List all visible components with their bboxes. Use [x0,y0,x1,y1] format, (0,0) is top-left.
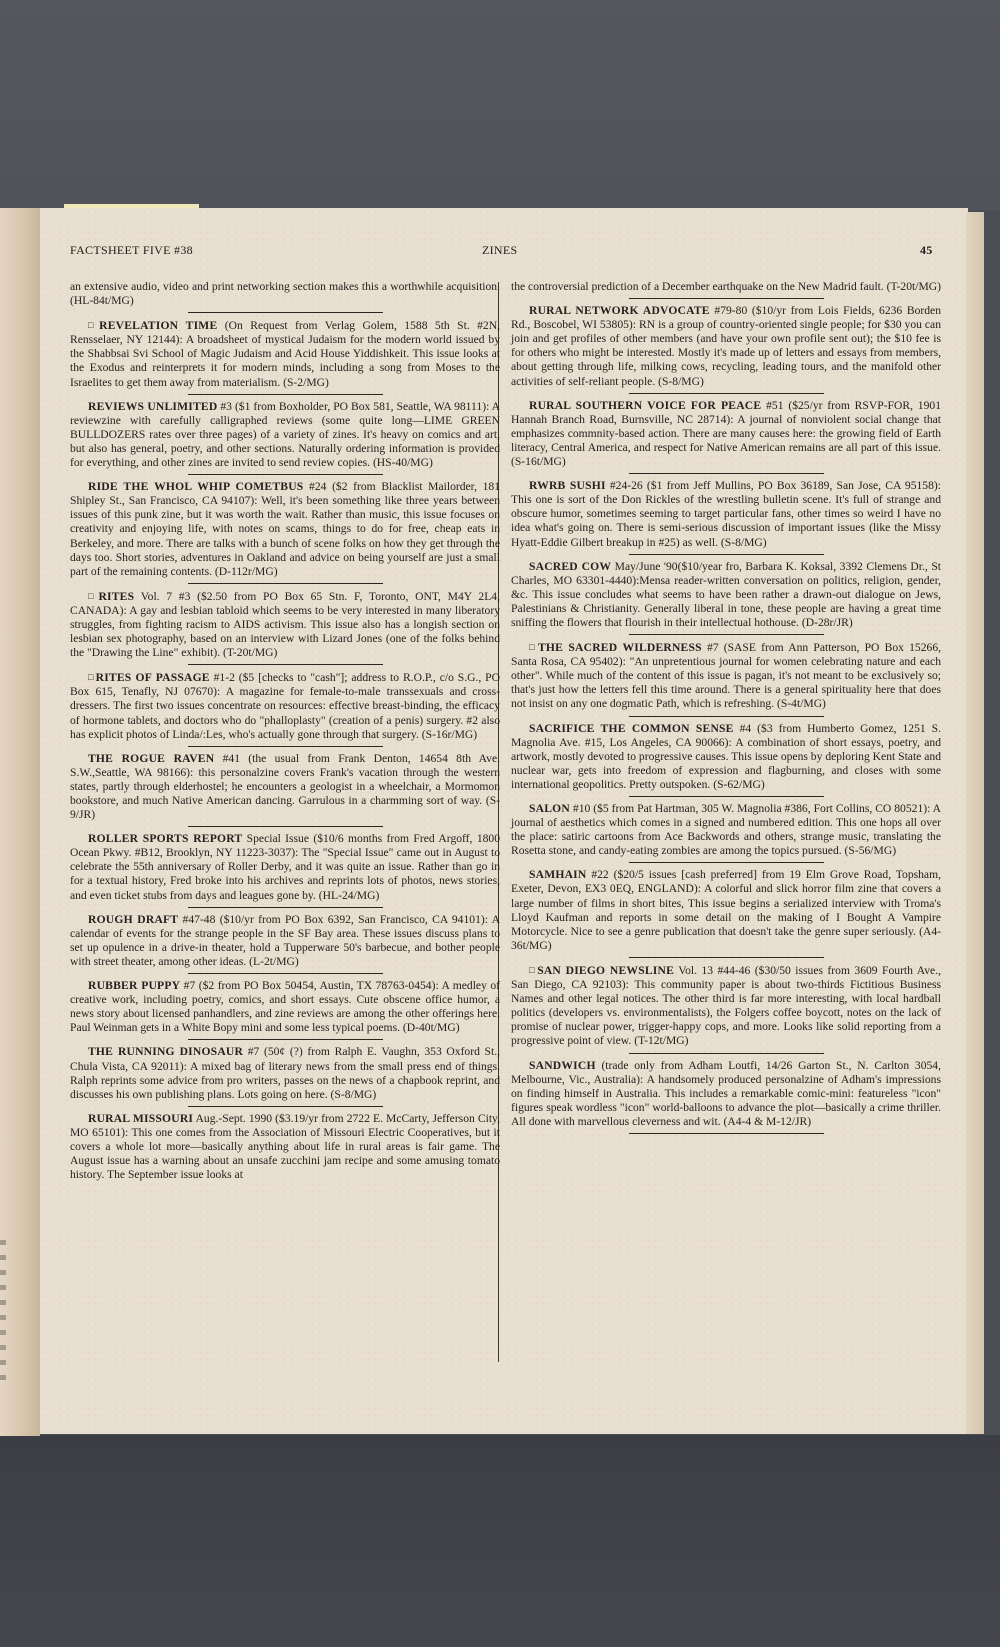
review-entry: SACRIFICE THE COMMON SENSE #4 ($3 from H… [511,722,941,792]
entry-separator-rule [629,1133,824,1134]
zine-title: SAMHAIN [529,868,586,881]
spine-marks [0,1240,6,1390]
running-head-publication: FACTSHEET FIVE #38 [70,243,193,258]
entry-separator-rule [188,474,383,475]
zine-title: SACRED COW [529,560,611,573]
zine-title: RITES [88,590,134,603]
zine-title: RIDE THE WHOL WHIP COMETBUS [88,480,303,493]
zine-title: REVIEWS UNLIMITED [88,400,217,413]
review-entry: RURAL MISSOURI Aug.-Sept. 1990 ($3.19/yr… [70,1112,500,1182]
entry-separator-rule [629,554,824,555]
entry-separator-rule [629,1053,824,1054]
scanner-background-bottom [0,1435,1000,1647]
zine-title: RUBBER PUPPY [88,979,180,992]
zine-title: THE RUNNING DINOSAUR [88,1045,243,1058]
page-number: 45 [920,243,933,258]
entry-separator-rule [188,907,383,908]
review-body: an extensive audio, video and print netw… [70,280,500,307]
entry-separator-rule [629,298,824,299]
zine-title: RURAL MISSOURI [88,1112,193,1125]
zine-title: RWRB SUSHI [529,479,606,492]
review-entry: RIDE THE WHOL WHIP COMETBUS #24 ($2 from… [70,480,500,579]
entry-separator-rule [188,312,383,313]
entry-separator-rule [629,862,824,863]
zine-title: RURAL SOUTHERN VOICE FOR PEACE [529,399,761,412]
zine-title: ROLLER SPORTS REPORT [88,832,242,845]
review-entry: RWRB SUSHI #24-26 ($1 from Jeff Mullins,… [511,479,941,549]
review-body: the controversial prediction of a Decemb… [511,280,941,293]
zine-title: SACRIFICE THE COMMON SENSE [529,722,734,735]
review-entry: REVELATION TIME (On Request from Verlag … [70,318,500,389]
zine-title: RITES OF PASSAGE [88,671,210,684]
zine-title: SAN DIEGO NEWSLINE [529,964,674,977]
zine-title: THE SACRED WILDERNESS [529,641,702,654]
review-entry: RURAL SOUTHERN VOICE FOR PEACE #51 ($25/… [511,399,941,469]
entry-separator-rule [188,664,383,665]
zine-title: REVELATION TIME [88,319,217,332]
entry-separator-rule [188,1039,383,1040]
review-entry: RURAL NETWORK ADVOCATE #79-80 ($10/yr fr… [511,304,941,389]
zine-title: SALON [529,802,570,815]
review-entry: SANDWICH (trade only from Adham Loutfi, … [511,1059,941,1129]
review-entry: THE RUNNING DINOSAUR #7 (50¢ (?) from Ra… [70,1045,500,1101]
review-body: Vol. 7 #3 ($2.50 from PO Box 65 Stn. F, … [70,590,500,659]
entry-separator-rule [629,393,824,394]
zine-title: RURAL NETWORK ADVOCATE [529,304,710,317]
review-entry: SAMHAIN #22 ($20/5 issues [cash preferre… [511,868,941,953]
review-entry: THE SACRED WILDERNESS #7 (SASE from Ann … [511,640,941,711]
entry-separator-rule [629,634,824,635]
page-edge [966,212,984,1434]
review-body: #24 ($2 from Blacklist Mailorder, 181 Sh… [70,480,500,578]
right-column: the controversial prediction of a Decemb… [511,280,941,1139]
zine-title: SANDWICH [529,1059,596,1072]
review-entry: ROUGH DRAFT #47-48 ($10/yr from PO Box 6… [70,913,500,969]
entry-separator-rule [629,473,824,474]
review-continuation: the controversial prediction of a Decemb… [511,280,941,294]
left-column: an extensive audio, video and print netw… [70,280,500,1186]
entry-separator-rule [188,826,383,827]
review-entry: ROLLER SPORTS REPORT Special Issue ($10/… [70,832,500,902]
entry-separator-rule [188,583,383,584]
review-entry: SACRED COW May/June '90($10/year fro, Ba… [511,560,941,630]
review-entry: RITES Vol. 7 #3 ($2.50 from PO Box 65 St… [70,589,500,660]
review-entry: THE ROGUE RAVEN #41 (the usual from Fran… [70,752,500,822]
entry-separator-rule [629,796,824,797]
entry-separator-rule [188,746,383,747]
running-head-section: ZINES [482,243,518,258]
review-entry: SALON #10 ($5 from Pat Hartman, 305 W. M… [511,802,941,858]
review-entry: SAN DIEGO NEWSLINE Vol. 13 #44-46 ($30/5… [511,963,941,1049]
scanner-background-top [0,0,1000,210]
review-body: #10 ($5 from Pat Hartman, 305 W. Magnoli… [511,802,941,857]
review-entry: REVIEWS UNLIMITED #3 ($1 from Boxholder,… [70,400,500,470]
review-entry: RUBBER PUPPY #7 ($2 from PO Box 50454, A… [70,979,500,1035]
entry-separator-rule [629,716,824,717]
entry-separator-rule [629,957,824,958]
book-spine [0,208,40,1436]
entry-separator-rule [188,394,383,395]
entry-separator-rule [188,1106,383,1107]
zine-title: THE ROGUE RAVEN [88,752,214,765]
entry-separator-rule [188,973,383,974]
review-entry: RITES OF PASSAGE #1-2 ($5 [checks to "ca… [70,670,500,741]
zine-title: ROUGH DRAFT [88,913,178,926]
review-continuation: an extensive audio, video and print netw… [70,280,500,308]
